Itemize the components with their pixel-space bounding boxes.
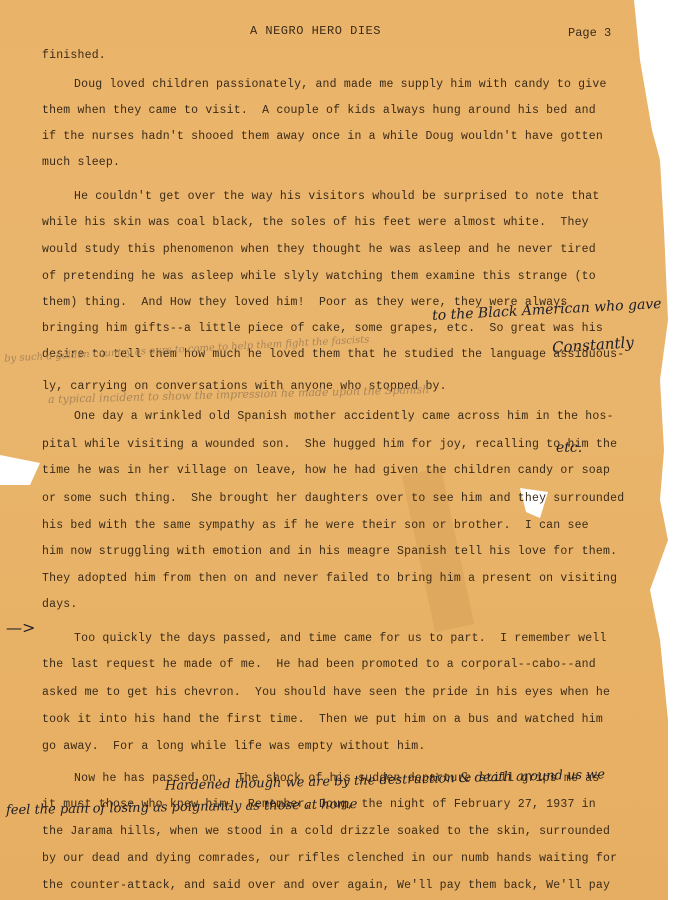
typed-line: or some such thing. She brought her daug…: [42, 492, 624, 505]
typed-line: Doug loved children passionately, and ma…: [74, 78, 607, 91]
typed-line: pital while visiting a wounded son. She …: [42, 438, 617, 451]
handwritten-annotation: etc.: [556, 440, 582, 456]
typed-line: of pretending he was asleep while slyly …: [42, 270, 596, 283]
document-page: A NEGRO HERO DIES Page 3 finished.Doug l…: [0, 0, 668, 900]
page-number: Page 3: [568, 26, 611, 40]
typed-line: go away. For a long while life was empty…: [42, 740, 425, 753]
typed-line: Too quickly the days passed, and time ca…: [74, 632, 607, 645]
typed-line: much sleep.: [42, 156, 120, 169]
typed-line: asked me to get his chevron. You should …: [42, 686, 610, 699]
typed-line: took it into his hand the first time. Th…: [42, 713, 603, 726]
document-title: A NEGRO HERO DIES: [250, 24, 381, 38]
typed-line: by our dead and dying comrades, our rifl…: [42, 852, 617, 865]
typed-line: One day a wrinkled old Spanish mother ac…: [74, 410, 614, 423]
typed-line: the Jarama hills, when we stood in a col…: [42, 825, 610, 838]
typed-line: them when they came to visit. A couple o…: [42, 104, 596, 117]
typed-line: They adopted him from then on and never …: [42, 572, 617, 585]
typed-line: him now struggling with emotion and in h…: [42, 545, 617, 558]
typed-line: He couldn't get over the way his visitor…: [74, 190, 599, 203]
typed-line: while his skin was coal black, the soles…: [42, 216, 589, 229]
typed-line: the last request he made of me. He had b…: [42, 658, 596, 671]
typed-line: days.: [42, 598, 78, 611]
typed-line: finished.: [42, 49, 106, 62]
typed-line: time he was in her village on leave, how…: [42, 464, 610, 477]
paper-tear: [0, 455, 40, 485]
typed-line: if the nurses hadn't shooed them away on…: [42, 130, 603, 143]
arrow-mark: —>: [6, 618, 35, 637]
typed-line: would study this phenomenon when they th…: [42, 243, 596, 256]
typed-line: bringing him gifts--a little piece of ca…: [42, 322, 603, 335]
typed-line: his bed with the same sympathy as if he …: [42, 519, 589, 532]
typed-line: the counter-attack, and said over and ov…: [42, 879, 610, 892]
